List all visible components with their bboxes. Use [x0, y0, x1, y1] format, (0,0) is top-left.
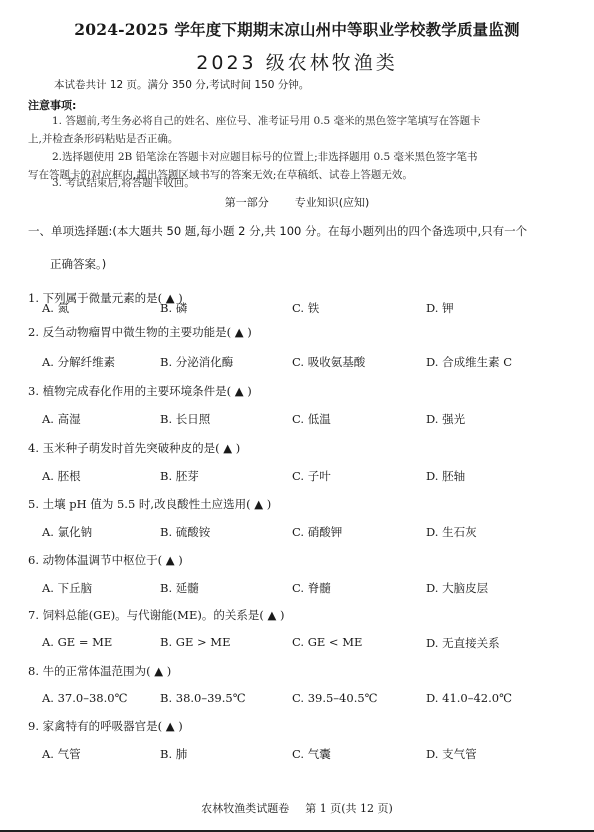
part-title: 第一部分专业知识(应知) — [0, 194, 594, 210]
notice-heading: 注意事项: — [28, 97, 76, 113]
question-3-stem: 3. 植物完成春化作用的主要环境条件是( ▲ ) — [28, 383, 252, 399]
option-b: B. 胚芽 — [160, 468, 199, 484]
option-d: D. 生石灰 — [426, 524, 477, 540]
option-b: B. 磷 — [160, 300, 187, 316]
option-c: C. 气囊 — [292, 746, 331, 762]
page-footer: 农林牧渔类试题卷第 1 页(共 12 页) — [0, 800, 594, 816]
question-7-options: A. GE = ME B. GE > ME C. GE < ME D. 无直接关… — [42, 635, 562, 653]
exam-info: 本试卷共计 12 页。满分 350 分,考试时间 150 分钟。 — [54, 77, 309, 92]
section-instructions: 一、单项选择题:(本大题共 50 题,每小题 2 分,共 100 分。在每小题列… — [28, 215, 573, 281]
notice-item-2-line1: 2.选择题使用 2B 铅笔涂在答题卡对应题目标号的位置上;非选择题用 0.5 毫… — [28, 148, 570, 166]
option-c: C. GE < ME — [292, 635, 362, 649]
option-a: A. 37.0–38.0℃ — [42, 691, 127, 705]
part-name: 专业知识(应知) — [295, 196, 370, 209]
option-d: D. 强光 — [426, 411, 465, 427]
question-8-options: A. 37.0–38.0℃ B. 38.0–39.5℃ C. 39.5–40.5… — [42, 691, 562, 709]
option-b: B. 长日照 — [160, 411, 210, 427]
question-3-options: A. 高湿 B. 长日照 C. 低温 D. 强光 — [42, 411, 562, 429]
option-b: B. 分泌消化酶 — [160, 354, 233, 370]
question-9-stem: 9. 家禽特有的呼吸器官是( ▲ ) — [28, 718, 183, 734]
option-d: D. 无直接关系 — [426, 635, 500, 651]
option-a: A. 分解纤维素 — [42, 354, 115, 370]
question-6-stem: 6. 动物体温调节中枢位于( ▲ ) — [28, 552, 183, 568]
exam-title: 2024-2025 学年度下期期末凉山州中等职业学校教学质量监测 — [0, 18, 594, 40]
question-6-options: A. 下丘脑 B. 延髓 C. 脊髓 D. 大脑皮层 — [42, 580, 562, 598]
option-c: C. 脊髓 — [292, 580, 331, 596]
question-9-options: A. 气管 B. 肺 C. 气囊 D. 支气管 — [42, 746, 562, 764]
question-7-stem: 7. 饲料总能(GE)。与代谢能(ME)。的关系是( ▲ ) — [28, 607, 284, 623]
footer-subject: 农林牧渔类试题卷 — [201, 802, 289, 815]
option-d: D. 41.0–42.0℃ — [426, 691, 512, 705]
option-d: D. 大脑皮层 — [426, 580, 488, 596]
exam-page: 2024-2025 学年度下期期末凉山州中等职业学校教学质量监测 2023 级农… — [0, 0, 594, 832]
option-b: B. 肺 — [160, 746, 187, 762]
question-2-stem: 2. 反刍动物瘤胃中微生物的主要功能是( ▲ ) — [28, 324, 252, 340]
option-d: D. 胚轴 — [426, 468, 465, 484]
notice-item-1-line2: 上,并检查条形码粘贴是否正确。 — [28, 130, 570, 148]
notice-item-1-line1: 1. 答题前,考生务必将自己的姓名、座位号、准考证号用 0.5 毫米的黑色签字笔… — [28, 112, 570, 130]
option-b: B. 38.0–39.5℃ — [160, 691, 246, 705]
section-line1: 一、单项选择题:(本大题共 50 题,每小题 2 分,共 100 分。在每小题列… — [28, 215, 573, 248]
exam-subtitle: 2023 级农林牧渔类 — [0, 48, 594, 75]
option-c: C. 硝酸钾 — [292, 524, 342, 540]
option-c: C. 吸收氨基酸 — [292, 354, 365, 370]
question-5-options: A. 氯化钠 B. 硫酸铵 C. 硝酸钾 D. 生石灰 — [42, 524, 562, 542]
question-2-options: A. 分解纤维素 B. 分泌消化酶 C. 吸收氨基酸 D. 合成维生素 C — [42, 354, 562, 372]
option-c: C. 子叶 — [292, 468, 331, 484]
question-4-options: A. 胚根 B. 胚芽 C. 子叶 D. 胚轴 — [42, 468, 562, 486]
notice-item-3: 3. 考试结束后,将答题卡收回。 — [28, 174, 570, 192]
option-a: A. 氯化钠 — [42, 524, 92, 540]
option-a: A. 高湿 — [42, 411, 81, 427]
option-a: A. 胚根 — [42, 468, 81, 484]
part-label: 第一部分 — [225, 196, 269, 209]
section-line2: 正确答案。) — [28, 248, 573, 281]
option-d: D. 合成维生素 C — [426, 354, 512, 370]
option-a: A. 气管 — [42, 746, 81, 762]
option-b: B. 延髓 — [160, 580, 199, 596]
question-4-stem: 4. 玉米种子萌发时首先突破种皮的是( ▲ ) — [28, 440, 240, 456]
option-d: D. 钾 — [426, 300, 454, 316]
option-c: C. 铁 — [292, 300, 319, 316]
option-d: D. 支气管 — [426, 746, 477, 762]
option-b: B. 硫酸铵 — [160, 524, 210, 540]
notice-item-3-line1: 3. 考试结束后,将答题卡收回。 — [28, 174, 570, 192]
question-1-options: A. 氮 B. 磷 C. 铁 D. 钾 — [42, 300, 562, 318]
footer-page-number: 第 1 页(共 12 页) — [305, 802, 393, 815]
option-c: C. 低温 — [292, 411, 331, 427]
notice-item-1: 1. 答题前,考生务必将自己的姓名、座位号、准考证号用 0.5 毫米的黑色签字笔… — [28, 112, 570, 148]
option-a: A. GE = ME — [42, 635, 112, 649]
option-c: C. 39.5–40.5℃ — [292, 691, 378, 705]
question-8-stem: 8. 牛的正常体温范围为( ▲ ) — [28, 663, 171, 679]
option-a: A. 下丘脑 — [42, 580, 92, 596]
option-b: B. GE > ME — [160, 635, 230, 649]
question-5-stem: 5. 土壤 pH 值为 5.5 时,改良酸性土应选用( ▲ ) — [28, 496, 271, 512]
option-a: A. 氮 — [42, 300, 69, 316]
